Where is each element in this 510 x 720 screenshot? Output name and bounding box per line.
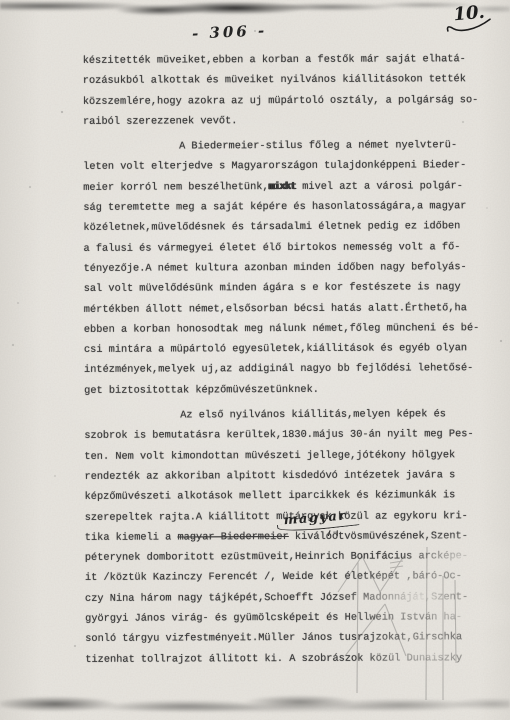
text-line: tika kiemeli a magyar Biedermeier kiváló…: [85, 526, 489, 548]
text-run: intézmények,melyek uj,az addiginál nagyo…: [84, 363, 473, 377]
text-run: szobrok is bemutatásra kerültek,1830.máj…: [84, 429, 473, 443]
text-line: mértékben állott német,elsősorban bécsi …: [84, 298, 488, 320]
text-run: A Biedermeier-stilus főleg a német nyelv…: [179, 139, 457, 152]
paragraph: Az első nyilvános kiállitás,melyen képek…: [84, 404, 489, 670]
scanned-page: 10. - 306 - készitették müveiket,ebben a…: [0, 0, 510, 720]
text-line: ten. Nem volt kimondottan müvészeti jell…: [84, 445, 488, 467]
text-run: ebben a korban honosodtak meg nálunk ném…: [84, 322, 480, 336]
text-run: rendezték az akkoriban alpitott kisdedóv…: [84, 469, 455, 483]
text-line: készitették müveiket,ebben a korban a fe…: [83, 49, 487, 71]
text-line: tényezője.A német kultura azonban minden…: [84, 257, 488, 279]
text-run: meier korról nem beszélhetünk,: [83, 181, 268, 194]
text-line: ság teremtette meg a saját képére és has…: [83, 196, 487, 218]
text-line: leten volt elterjedve s Magyarországon t…: [83, 156, 487, 178]
text-line: ebben a korban honosodtak meg nálunk ném…: [84, 318, 488, 340]
scan-edge-smudge-top: [0, 0, 510, 20]
text-line: sal volt müvelődésünk minden ágára s e k…: [84, 277, 488, 299]
text-line: intézmények,melyek uj,az addiginál nagyo…: [84, 359, 488, 381]
text-line: tizenhat tollrajzot állitott ki. A szobr…: [85, 648, 489, 670]
handwritten-corner-number: 10.: [443, 1, 498, 39]
handwritten-insertion: magyar: [283, 506, 347, 531]
text-line: meier korról nem beszélhetünk,mixkt mive…: [83, 176, 487, 198]
text-run: get biztositottak képzőmüvészetünknek.: [84, 384, 319, 397]
text-run: a falusi és vármegyei életet élő birtoko…: [83, 241, 460, 255]
text-run: képzőmüvészeti alkotások mellett iparcik…: [85, 489, 456, 503]
text-run: péterynek domboritott ezüstmüveit,Heinri…: [85, 550, 468, 564]
scan-edge-smudge-bottom: [0, 690, 510, 718]
paragraph: A Biedermeier-stilus főleg a német nyelv…: [83, 135, 488, 401]
text-run: sal volt müvelődésünk minden ágára s e k…: [84, 282, 461, 296]
text-line: képzőmüvészeti alkotások mellett iparcik…: [85, 485, 489, 507]
text-line: péterynek domboritott ezüstmüveit,Heinri…: [85, 546, 489, 568]
text-line: közéletnek,müvelődésnek és társadalmi él…: [83, 216, 487, 238]
text-run: mivel azt a városi polgár-: [296, 180, 463, 193]
text-line: a falusi és vármegyei életet élő birtoko…: [83, 237, 487, 259]
struck-text: magyar Biedermeier: [177, 531, 288, 543]
text-line: get biztositottak képzőmüvészetünknek.: [84, 379, 488, 401]
text-run: közéletnek,müvelődésnek és társadalmi él…: [83, 221, 460, 235]
text-line: raiból szerezzenek vevőt.: [83, 110, 487, 132]
text-line: czy Nina három nagy tájképét,Schoefft Jó…: [85, 587, 489, 609]
text-line: csi mintára a müpártoló egyesületek,kiál…: [84, 338, 488, 360]
overtyped-text: mixkt: [269, 181, 296, 193]
text-line: györgyi János virág- és gyümölcsképeit é…: [85, 607, 489, 629]
text-line: közszemlére,hogy azokra az uj müpártoló …: [83, 90, 487, 112]
text-run: csi mintára a müpártoló egyesületek,kiál…: [84, 342, 467, 356]
text-line: szobrok is bemutatásra kerültek,1830.máj…: [84, 424, 488, 446]
text-run: leten volt elterjedve s Magyarországon t…: [83, 160, 466, 174]
text-run: ság teremtette meg a saját képére és has…: [83, 200, 466, 214]
text-line: sonló tárgyu vizfestményeit.Müller János…: [85, 627, 489, 649]
text-run: ötvösmüvészének,Szent-: [332, 530, 468, 543]
text-run: szerepeltek rajta.A kiállitott mütárgyak…: [85, 510, 468, 524]
handwritten-page-number: - 306 -: [192, 21, 268, 42]
text-line: Az első nyilvános kiállitás,melyen képek…: [84, 404, 488, 426]
text-line: rozásukból alkottak és müveiket nyilváno…: [83, 69, 487, 91]
text-run: mértékben állott német,elsősorban bécsi …: [84, 302, 467, 316]
text-run: it /köztük Kazinczy Ferencét /, Weide ké…: [85, 571, 462, 585]
underline-flourish: [444, 15, 495, 37]
typed-text: készitették müveiket,ebben a korban a fe…: [83, 49, 490, 670]
text-run: kiváló: [289, 531, 332, 543]
text-run: sonló tárgyu vizfestményeit.Müller János…: [85, 632, 462, 646]
text-line: rendezték az akkoriban alpitott kisdedóv…: [84, 465, 488, 487]
text-run: raiból szerezzenek vevőt.: [83, 115, 238, 128]
text-run: közszemlére,hogy azokra az uj müpártoló …: [83, 94, 479, 108]
text-run: györgyi János virág- és gyümölcsképeit é…: [85, 611, 462, 625]
paragraph: készitették müveiket,ebben a korban a fe…: [83, 49, 487, 132]
text-run: Az első nyilvános kiállitás,melyen képek…: [180, 408, 446, 421]
text-run: ten. Nem volt kimondottan müvészeti jell…: [84, 449, 455, 463]
text-line: A Biedermeier-stilus főleg a német nyelv…: [83, 135, 487, 157]
text-run: czy Nina három nagy tájképét,Schoefft Jó…: [85, 591, 468, 605]
text-line: it /köztük Kazinczy Ferencét /, Weide ké…: [85, 567, 489, 589]
text-run: tika kiemeli a: [85, 531, 178, 543]
text-run: rozásukból alkottak és müveiket nyilváno…: [83, 74, 466, 88]
text-run: tizenhat tollrajzot állitott ki. A szobr…: [85, 652, 462, 666]
text-run: tényezője.A német kultura azonban minden…: [84, 261, 467, 275]
text-run: készitették müveiket,ebben a korban a fe…: [83, 53, 466, 67]
